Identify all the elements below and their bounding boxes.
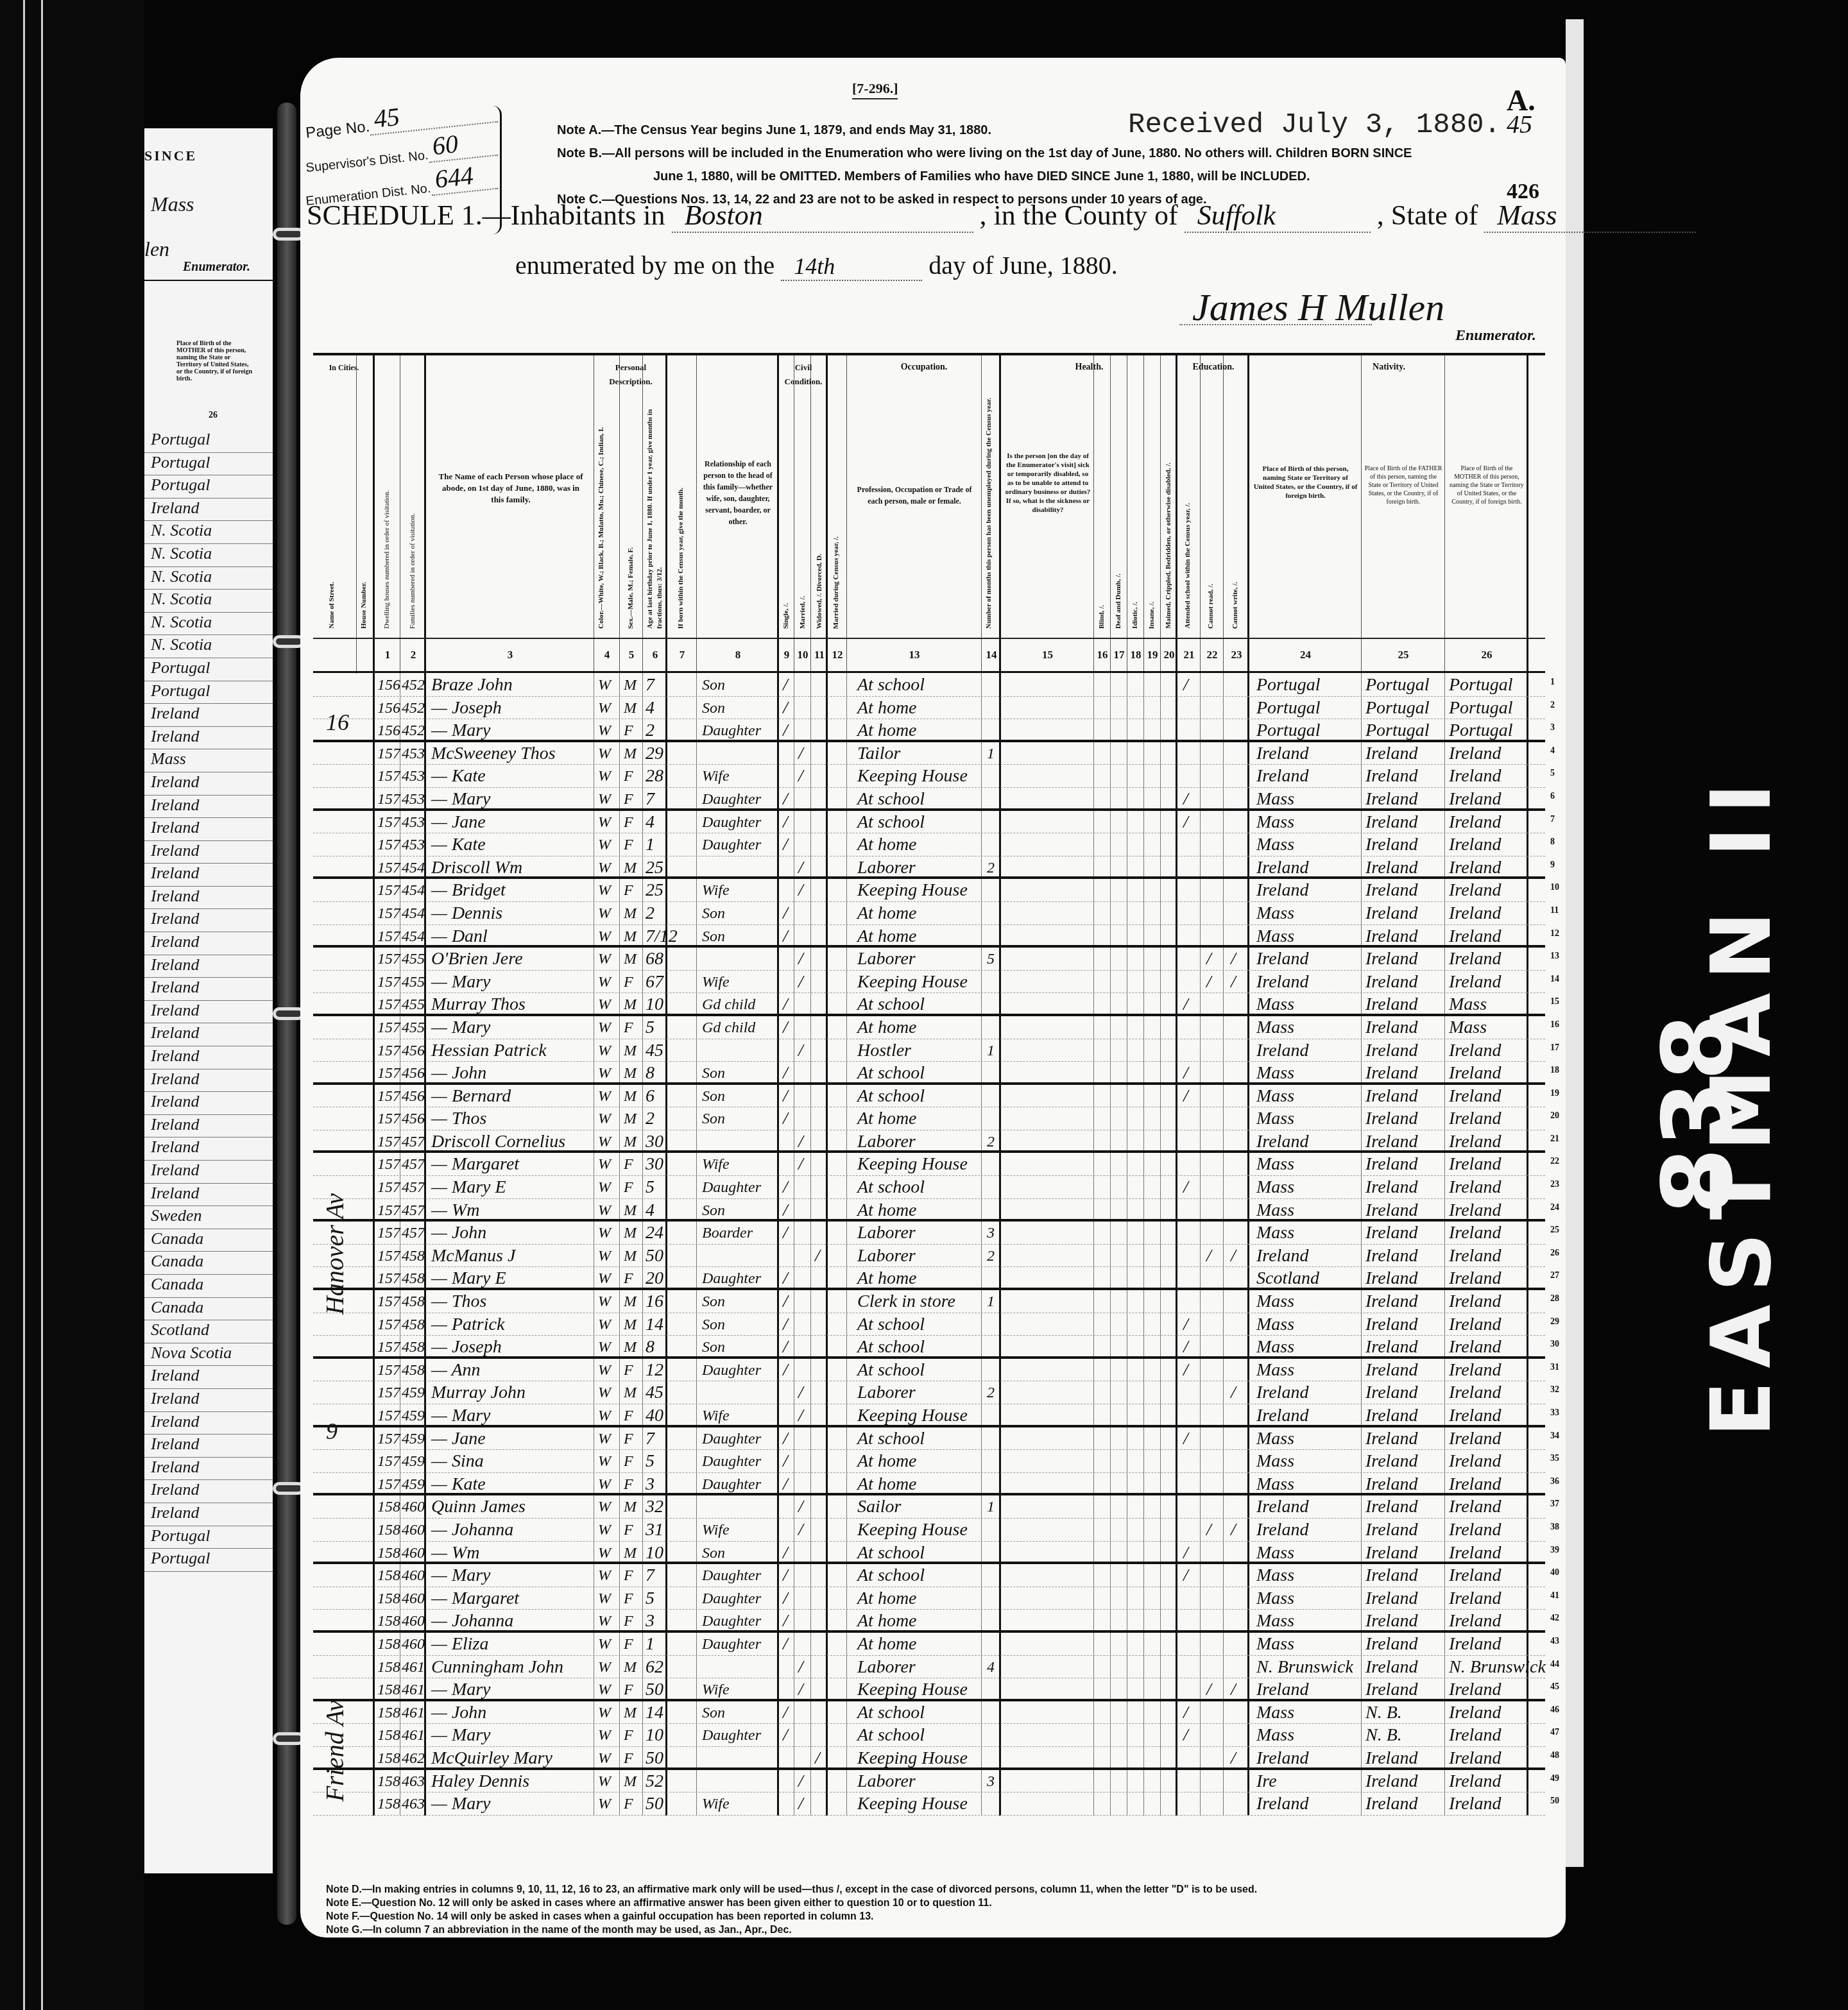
age: 1 xyxy=(646,835,654,855)
married-mark: / xyxy=(798,858,803,878)
cannot-write-mark: / xyxy=(1231,1680,1236,1700)
occupation: At home xyxy=(857,835,917,855)
widowed-mark: / xyxy=(815,1748,820,1769)
father-birthplace: Ireland xyxy=(1365,789,1417,810)
county-label: , in the County of xyxy=(980,200,1178,231)
person-name: — Thos xyxy=(431,1291,486,1312)
colnum: 18 xyxy=(1127,649,1144,661)
line-number: 40 xyxy=(1550,1568,1559,1578)
county-field: Suffolk xyxy=(1185,199,1371,233)
birthplace: Mass xyxy=(1256,1725,1294,1746)
prev-row: N. Scotia xyxy=(144,590,273,613)
dwelling-number: 157 xyxy=(377,1291,400,1312)
note-e: Note E.—Question No. 12 will only be ask… xyxy=(326,1896,1481,1910)
schedule-line: SCHEDULE 1.—Inhabitants in Boston , in t… xyxy=(307,199,1696,233)
person-name: — Sina xyxy=(431,1451,484,1472)
color-code: W xyxy=(598,1063,611,1084)
relationship: Wife xyxy=(702,1520,730,1540)
single-mark: / xyxy=(783,675,788,695)
mother-birthplace: Ireland xyxy=(1449,744,1501,764)
birthplace: Mass xyxy=(1256,1611,1294,1631)
relationship: Daughter xyxy=(702,1725,761,1746)
father-birthplace: Ireland xyxy=(1365,1041,1417,1061)
enumeration-date-line: enumerated by me on the 14th day of June… xyxy=(515,250,1118,281)
color-code: W xyxy=(598,1520,611,1540)
line-number: 20 xyxy=(1550,1111,1559,1121)
person-name: Murray John xyxy=(431,1383,526,1403)
person-name: — Kate xyxy=(431,766,486,787)
relationship: Daughter xyxy=(702,1565,761,1586)
family-number: 456 xyxy=(402,1109,425,1129)
father-birthplace: Ireland xyxy=(1365,1154,1417,1175)
father-birthplace: Ireland xyxy=(1365,812,1417,833)
relationship: Daughter xyxy=(702,1360,761,1381)
occupation-header: Occupation. xyxy=(847,361,1001,375)
line-number: 9 xyxy=(1550,860,1555,871)
line-number: 49 xyxy=(1550,1774,1559,1784)
table-row: 157455— MaryWF5Gd child/At homeMassIrela… xyxy=(313,1016,1545,1039)
dwelling-number: 157 xyxy=(377,1109,400,1129)
age: 16 xyxy=(646,1291,663,1312)
father-birthplace: Ireland xyxy=(1365,1497,1417,1517)
in-cities-header: In Cities. xyxy=(313,361,375,375)
occupation: At home xyxy=(857,1474,917,1495)
table-row: 156452— JosephWM4Son/At homePortugalPort… xyxy=(313,697,1545,720)
birthplace: Mass xyxy=(1256,1315,1294,1335)
person-name: Driscoll Wm xyxy=(431,858,522,878)
single-mark: / xyxy=(783,1063,788,1084)
color-code: W xyxy=(598,812,611,833)
mother-birthplace: Ireland xyxy=(1449,789,1501,810)
form-code: [7-296.] xyxy=(852,80,898,99)
birthplace: Mass xyxy=(1256,1223,1294,1243)
occupation: At school xyxy=(857,1086,925,1107)
occupation: Clerk in store xyxy=(857,1291,955,1312)
col-26 xyxy=(1445,355,1528,674)
dwelling-number: 157 xyxy=(377,1223,400,1243)
family-number: 459 xyxy=(402,1383,425,1403)
birthplace: Mass xyxy=(1256,1154,1294,1175)
col-25 xyxy=(1362,355,1445,674)
color-code: W xyxy=(598,1451,611,1472)
sex-code: F xyxy=(624,880,633,901)
color-code: W xyxy=(598,858,611,878)
table-row: 157458— AnnWF12Daughter/At school/MassIr… xyxy=(313,1359,1545,1382)
relationship: Daughter xyxy=(702,1634,761,1655)
line-number: 13 xyxy=(1550,951,1559,962)
cannot-read-mark: / xyxy=(1206,1680,1211,1700)
person-name: — Dennis xyxy=(431,903,502,924)
father-birthplace: Portugal xyxy=(1365,720,1430,741)
color-code: W xyxy=(598,1109,611,1129)
relationship: Son xyxy=(702,903,725,924)
occupation: At home xyxy=(857,698,917,719)
line-number: 32 xyxy=(1550,1385,1559,1395)
colnum: 21 xyxy=(1177,649,1201,661)
dwelling-number: 157 xyxy=(377,1018,400,1038)
relationship: Son xyxy=(702,1063,725,1084)
prev-row: Ireland xyxy=(144,727,273,750)
colnum: 20 xyxy=(1161,649,1177,661)
instruction-notes: Note A.—The Census Year begins June 1, 1… xyxy=(557,119,1481,211)
prev-row: Portugal xyxy=(144,430,273,453)
table-row: 157457Driscoll CorneliusWM30/Laborer2Ire… xyxy=(313,1130,1545,1154)
house-number-mark: 9 xyxy=(326,1418,338,1445)
dwelling-number: 158 xyxy=(377,1657,400,1678)
father-birthplace: Ireland xyxy=(1365,744,1417,764)
sex-code: M xyxy=(624,949,637,969)
relationship: Gd child xyxy=(702,1018,755,1038)
table-row: 157459— KateWF3Daughter/At homeMassIrela… xyxy=(313,1473,1545,1496)
table-row: 157457— Mary EWF5Daughter/At school/Mass… xyxy=(313,1176,1545,1199)
age: 8 xyxy=(646,1063,654,1084)
married-mark: / xyxy=(798,1520,803,1540)
table-row: 156452Braze JohnWM7Son/At school/Portuga… xyxy=(313,674,1545,697)
table-row: 158461— JohnWM14Son/At school/MassN. B.I… xyxy=(313,1701,1545,1725)
person-name: — Bernard xyxy=(431,1086,511,1107)
age: 12 xyxy=(646,1360,663,1381)
occupation: Laborer xyxy=(857,1132,916,1152)
prev-row: Portugal xyxy=(144,681,273,704)
family-number: 460 xyxy=(402,1611,425,1631)
married-mark: / xyxy=(798,1383,803,1403)
family-number: 457 xyxy=(402,1177,425,1198)
dwelling-number: 157 xyxy=(377,1086,400,1107)
line-number: 8 xyxy=(1550,837,1555,847)
mother-birthplace: Ireland xyxy=(1449,1565,1501,1586)
col-24 xyxy=(1249,355,1362,674)
birthplace-header: Place of Birth of this person, naming St… xyxy=(1253,464,1358,500)
age: 7 xyxy=(646,1565,654,1586)
family-number: 458 xyxy=(402,1291,425,1312)
birthplace: Mass xyxy=(1256,1360,1294,1381)
sex-code: F xyxy=(624,1725,633,1746)
sex-header: Sex.—Male, M.; Female, F. xyxy=(626,547,636,629)
person-name: — Wm xyxy=(431,1543,479,1563)
person-name: — Danl xyxy=(431,926,488,947)
birthplace: Ireland xyxy=(1256,1406,1308,1426)
married-during-year-header: Married during Census year, /. xyxy=(832,536,841,629)
dwelling-number: 157 xyxy=(377,1132,400,1152)
occupation: Keeping House xyxy=(857,766,968,787)
census-page: [7-296.] A. 45 426 Received July 3, 1880… xyxy=(300,58,1566,1938)
colnum: 25 xyxy=(1362,649,1445,661)
person-name: — Ann xyxy=(431,1360,481,1381)
birthplace: Portugal xyxy=(1256,675,1321,695)
mother-birthplace: Ireland xyxy=(1449,1041,1501,1061)
line-number: 7 xyxy=(1550,815,1555,825)
father-birthplace: Portugal xyxy=(1365,698,1430,719)
married-mark: / xyxy=(798,766,803,787)
dwelling-number: 157 xyxy=(377,1360,400,1381)
relationship: Son xyxy=(702,1703,725,1723)
person-name: — John xyxy=(431,1223,486,1243)
birthplace: Ireland xyxy=(1256,1520,1308,1540)
father-birthplace: N. B. xyxy=(1365,1725,1402,1746)
age: 2 xyxy=(646,903,654,924)
prev-row: Ireland xyxy=(144,1161,273,1184)
sex-code: M xyxy=(624,744,637,764)
birthplace: Mass xyxy=(1256,1543,1294,1563)
months-unemployed: 2 xyxy=(987,1246,995,1266)
table-row: 158460Quinn JamesWM32/Sailor1IrelandIrel… xyxy=(313,1495,1545,1519)
dwelling-number: 157 xyxy=(377,1337,400,1358)
table-row: 157458— JosephWM8Son/At school/MassIrela… xyxy=(313,1336,1545,1359)
mother-birthplace: Ireland xyxy=(1449,1223,1501,1243)
person-name: Haley Dennis xyxy=(431,1771,529,1792)
family-number: 459 xyxy=(402,1406,425,1426)
single-mark: / xyxy=(783,1543,788,1563)
family-number: 457 xyxy=(402,1132,425,1152)
colnum: 4 xyxy=(594,649,620,661)
color-code: W xyxy=(598,1337,611,1358)
color-code: W xyxy=(598,1588,611,1609)
married-mark: / xyxy=(798,880,803,901)
attended-school-mark: / xyxy=(1183,812,1188,833)
father-birthplace: Ireland xyxy=(1365,1246,1417,1266)
person-name: — Jane xyxy=(431,812,486,833)
sex-code: F xyxy=(624,1429,633,1449)
dwelling-number: 158 xyxy=(377,1543,400,1563)
color-code: W xyxy=(598,1268,611,1289)
occupation: At school xyxy=(857,1703,925,1723)
district-ids: Page No. 45 Supervisor's Dist. No. 60 En… xyxy=(307,109,499,209)
cannot-write-mark: / xyxy=(1231,1383,1236,1403)
birthplace: Mass xyxy=(1256,812,1294,833)
prev-header-fragment: SINCE xyxy=(144,148,197,164)
occupation: At school xyxy=(857,1063,925,1084)
color-code: W xyxy=(598,880,611,901)
prev-mother-birthplaces: Portugal Portugal Portugal Ireland N. Sc… xyxy=(144,430,273,1572)
dwelling-number: 157 xyxy=(377,1451,400,1472)
table-row: 158463Haley DennisWM52/Laborer3IreIrelan… xyxy=(313,1770,1545,1793)
occupation: At school xyxy=(857,994,925,1015)
sex-code: F xyxy=(624,1154,633,1175)
color-code: W xyxy=(598,1703,611,1723)
occupation: At school xyxy=(857,789,925,810)
age: 4 xyxy=(646,698,654,719)
mother-birthplace: Ireland xyxy=(1449,949,1501,969)
occupation: Laborer xyxy=(857,1771,916,1792)
person-name: — Joseph xyxy=(431,698,502,719)
birthplace: Ireland xyxy=(1256,880,1308,901)
single-mark: / xyxy=(783,1337,788,1358)
table-body: 156452Braze JohnWM7Son/At school/Portuga… xyxy=(313,674,1545,1816)
person-name: McQuirley Mary xyxy=(431,1748,552,1769)
mother-birthplace: Ireland xyxy=(1449,1246,1501,1266)
cannot-read-mark: / xyxy=(1206,949,1211,969)
birthplace: N. Brunswick xyxy=(1256,1657,1353,1678)
family-number: 453 xyxy=(402,789,425,810)
sex-code: M xyxy=(624,926,637,947)
prev-row: Ireland xyxy=(144,796,273,819)
color-code: W xyxy=(598,1565,611,1586)
mother-birthplace: Ireland xyxy=(1449,1132,1501,1152)
family-number: 460 xyxy=(402,1634,425,1655)
mother-birthplace: Ireland xyxy=(1449,1315,1501,1335)
state-field: Mass xyxy=(1484,199,1696,233)
color-code: W xyxy=(598,1315,611,1335)
color-code: W xyxy=(598,675,611,695)
prev-row: Ireland xyxy=(144,1046,273,1069)
line-number: 4 xyxy=(1550,746,1555,756)
color-code: W xyxy=(598,766,611,787)
dwelling-number: 157 xyxy=(377,903,400,924)
color-header: Color.—White, W.; Black, B.; Mulatto, Mu… xyxy=(597,398,616,629)
mother-birthplace: Ireland xyxy=(1449,903,1501,924)
father-birthplace: Ireland xyxy=(1365,1771,1417,1792)
dwelling-number: 157 xyxy=(377,1383,400,1403)
person-name: — Margaret xyxy=(431,1154,519,1175)
family-number: 463 xyxy=(402,1794,425,1814)
color-code: W xyxy=(598,698,611,719)
prev-row: Ireland xyxy=(144,498,273,522)
enumerated-label: enumerated by me on the xyxy=(515,251,774,280)
line-number: 44 xyxy=(1550,1660,1559,1670)
father-birthplace: Ireland xyxy=(1365,1177,1417,1198)
mother-birthplace: Ireland xyxy=(1449,1611,1501,1631)
married-mark: / xyxy=(798,1680,803,1700)
age: 14 xyxy=(646,1703,663,1723)
relationship: Wife xyxy=(702,1406,730,1426)
color-code: W xyxy=(598,1086,611,1107)
prev-row: Ireland xyxy=(144,978,273,1001)
mother-birthplace: Ireland xyxy=(1449,1360,1501,1381)
prev-row: N. Scotia xyxy=(144,613,273,636)
person-name: — Mary xyxy=(431,789,491,810)
age: 7 xyxy=(646,675,654,695)
sex-code: M xyxy=(624,858,637,878)
mother-birthplace: Ireland xyxy=(1449,1200,1501,1221)
single-mark: / xyxy=(783,1086,788,1107)
table-row: 158462McQuirley MaryWF50/Keeping House/I… xyxy=(313,1747,1545,1770)
father-birthplace: Ireland xyxy=(1365,1474,1417,1495)
father-birthplace: Ireland xyxy=(1365,1588,1417,1609)
prev-row: Ireland xyxy=(144,1412,273,1435)
color-code: W xyxy=(598,835,611,855)
person-name: Quinn James xyxy=(431,1497,526,1517)
family-number: 455 xyxy=(402,949,425,969)
mother-birthplace: Portugal xyxy=(1449,675,1513,695)
attended-school-mark: / xyxy=(1183,1315,1188,1335)
colnum: 15 xyxy=(1001,649,1094,661)
prev-row: Mass xyxy=(144,749,273,772)
family-number: 461 xyxy=(402,1680,425,1700)
line-number: 29 xyxy=(1550,1317,1559,1327)
prev-state-fragment: Mass xyxy=(151,192,194,216)
family-number: 459 xyxy=(402,1451,425,1472)
person-name: — Johanna xyxy=(431,1520,513,1540)
dwelling-number: 156 xyxy=(377,720,400,741)
color-code: W xyxy=(598,1177,611,1198)
dwelling-number: 158 xyxy=(377,1497,400,1517)
table-row: 158461Cunningham JohnWM62/Laborer4N. Bru… xyxy=(313,1656,1545,1679)
single-mark: / xyxy=(783,720,788,741)
relationship: Son xyxy=(702,675,725,695)
father-birthplace: Ireland xyxy=(1365,1291,1417,1312)
age: 45 xyxy=(646,1383,663,1403)
birthplace: Ireland xyxy=(1256,1246,1308,1266)
relationship: Son xyxy=(702,1291,725,1312)
relationship: Wife xyxy=(702,766,730,787)
color-code: W xyxy=(598,1748,611,1769)
note-a: Note A.—The Census Year begins June 1, 1… xyxy=(557,119,1481,142)
cannot-write-mark: / xyxy=(1231,972,1236,992)
family-number: 454 xyxy=(402,926,425,947)
family-number: 455 xyxy=(402,972,425,992)
birthplace: Mass xyxy=(1256,1291,1294,1312)
family-number: 457 xyxy=(402,1154,425,1175)
single-mark: / xyxy=(783,1177,788,1198)
table-row: 158461— MaryWF10Daughter/At school/MassN… xyxy=(313,1724,1545,1747)
table-row: 157457— WmWM4Son/At homeMassIrelandIrela… xyxy=(313,1199,1545,1222)
birthplace: Portugal xyxy=(1256,698,1321,719)
table-row: 157453— JaneWF4Daughter/At school/MassIr… xyxy=(313,811,1545,834)
married-mark: / xyxy=(798,1154,803,1175)
color-code: W xyxy=(598,1497,611,1517)
relationship: Daughter xyxy=(702,835,761,855)
married-header: Married, /. xyxy=(798,596,808,629)
birthplace: Mass xyxy=(1256,926,1294,947)
prev-row: Ireland xyxy=(144,1480,273,1503)
married-mark: / xyxy=(798,1497,803,1517)
person-name: — John xyxy=(431,1063,486,1084)
prev-row: N. Scotia xyxy=(144,635,273,658)
cannot-read-mark: / xyxy=(1206,1246,1211,1266)
dwelling-number: 157 xyxy=(377,994,400,1015)
sex-code: F xyxy=(624,972,633,992)
dwelling-number: 156 xyxy=(377,675,400,695)
col-15 xyxy=(1001,355,1094,674)
age: 20 xyxy=(646,1268,663,1289)
occupation: Laborer xyxy=(857,1246,916,1266)
mother-birthplace: Ireland xyxy=(1449,1703,1501,1723)
dwelling-number: 158 xyxy=(377,1565,400,1586)
months-unemployed: 1 xyxy=(987,1497,995,1517)
age: 1 xyxy=(646,1634,654,1655)
birthplace: Ireland xyxy=(1256,949,1308,969)
attended-school-mark: / xyxy=(1183,1063,1188,1084)
line-number: 45 xyxy=(1550,1682,1559,1692)
age: 3 xyxy=(646,1611,654,1631)
father-birthplace: Ireland xyxy=(1365,1360,1417,1381)
colnum: 12 xyxy=(828,649,847,661)
attended-school-mark: / xyxy=(1183,1429,1188,1449)
person-name: — Mary xyxy=(431,1406,491,1426)
age: 45 xyxy=(646,1041,663,1061)
person-name: Driscoll Cornelius xyxy=(431,1132,565,1152)
prev-row: Ireland xyxy=(144,841,273,864)
dwelling-number: 157 xyxy=(377,1063,400,1084)
occupation: Laborer xyxy=(857,1383,916,1403)
occupation: Keeping House xyxy=(857,1520,968,1540)
family-number: 461 xyxy=(402,1725,425,1746)
married-mark: / xyxy=(798,1771,803,1792)
relationship: Daughter xyxy=(702,789,761,810)
person-name: — Mary xyxy=(431,1794,491,1814)
occupation: Keeping House xyxy=(857,880,968,901)
person-name: Murray Thos xyxy=(431,994,526,1015)
mother-birthplace: Ireland xyxy=(1449,1474,1501,1495)
health-header: Health. xyxy=(1001,361,1177,375)
father-birthplace: Ireland xyxy=(1365,1315,1417,1335)
line-number: 30 xyxy=(1550,1340,1559,1350)
table-row: 157458McManus JWM50/Laborer2//IrelandIre… xyxy=(313,1245,1545,1268)
sex-code: M xyxy=(624,675,637,695)
age: 30 xyxy=(646,1132,663,1152)
note-b: Note B.—All persons will be included in … xyxy=(557,142,1481,165)
occupation: Tailor xyxy=(857,744,900,764)
